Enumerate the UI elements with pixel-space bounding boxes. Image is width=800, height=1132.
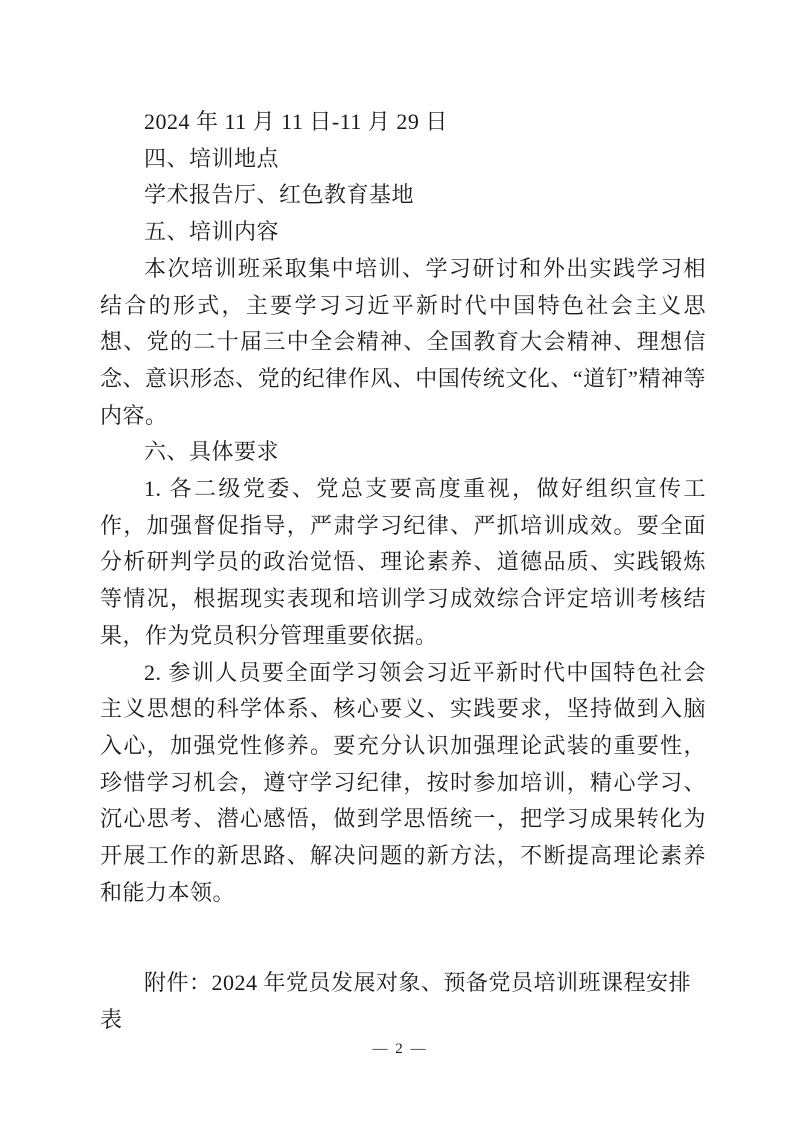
training-content-paragraph: 本次培训班采取集中培训、学习研讨和外出实践学习相结合的形式，主要学习习近平新时代…: [100, 251, 706, 435]
page-footer: — 2 —: [0, 1040, 800, 1058]
section-heading-training-location: 四、培训地点: [100, 141, 706, 178]
page-number: — 2 —: [373, 1041, 428, 1057]
requirement-paragraph-2: 2. 参训人员要全面学习领会习近平新时代中国特色社会主义思想的科学体系、核心要义…: [100, 655, 706, 912]
training-location-line: 学术报告厅、红色教育基地: [100, 177, 706, 214]
attachment-line: 附件：2024 年党员发展对象、预备党员培训班课程安排表: [100, 965, 706, 1038]
requirement-paragraph-1: 1. 各二级党委、党总支要高度重视，做好组织宣传工作，加强督促指导，严肃学习纪律…: [100, 471, 706, 655]
training-date-line: 2024 年 11 月 11 日-11 月 29 日: [100, 104, 706, 141]
document-page-content: 2024 年 11 月 11 日-11 月 29 日 四、培训地点 学术报告厅、…: [100, 104, 706, 1039]
section-heading-training-content: 五、培训内容: [100, 214, 706, 251]
section-heading-specific-requirements: 六、具体要求: [100, 434, 706, 471]
